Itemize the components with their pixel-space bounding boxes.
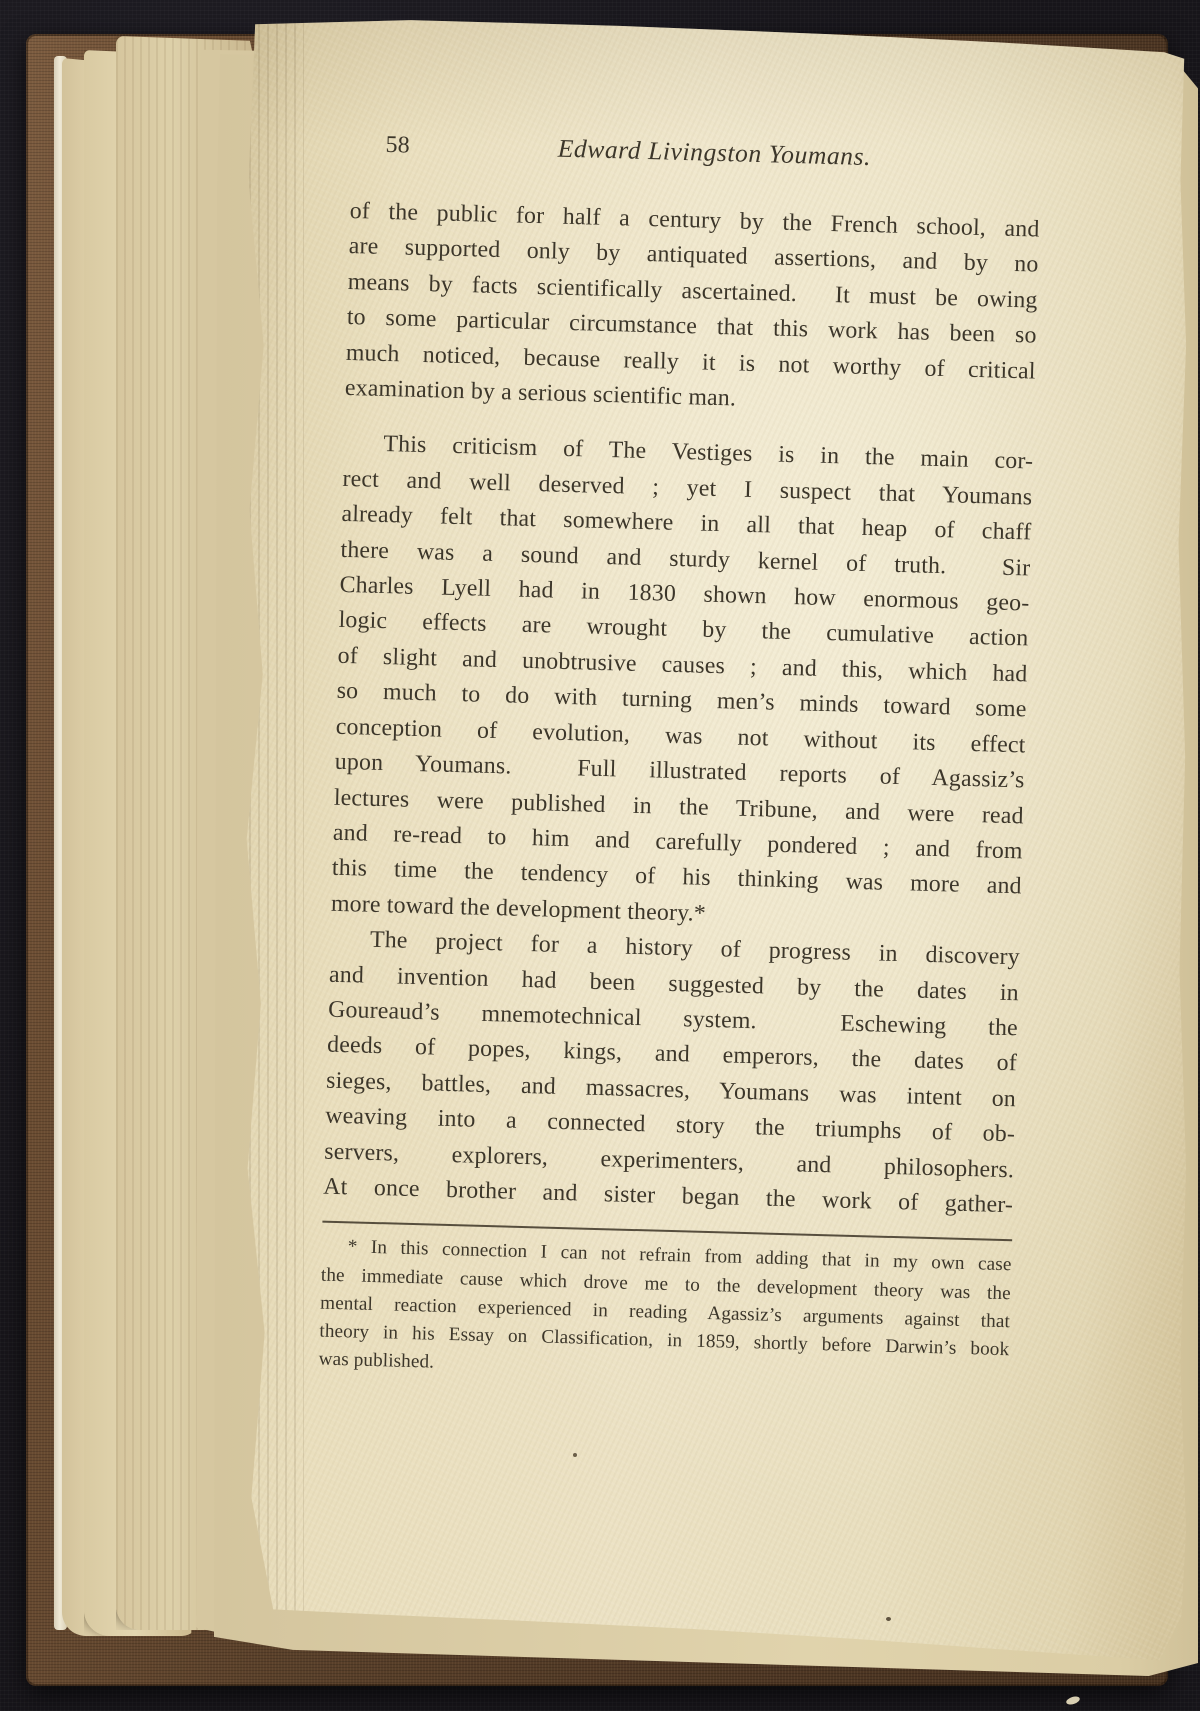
paragraph: The project for a history of progress in… xyxy=(323,922,1020,1224)
book-photograph: 58 Edward Livingston Youmans. of the pub… xyxy=(0,0,1200,1711)
page-text-block: 58 Edward Livingston Youmans. of the pub… xyxy=(318,128,1041,1393)
paragraph: of the public for half a century by the … xyxy=(344,194,1039,425)
page-number: 58 xyxy=(351,131,442,160)
paragraph: This criticism of The Vestiges is in the… xyxy=(331,426,1034,940)
body-text: of the public for half a century by the … xyxy=(323,194,1040,1224)
ink-speck xyxy=(573,1453,577,1457)
footnote: * In this connection I can not refrain f… xyxy=(318,1233,1012,1393)
ink-speck xyxy=(886,1617,891,1621)
